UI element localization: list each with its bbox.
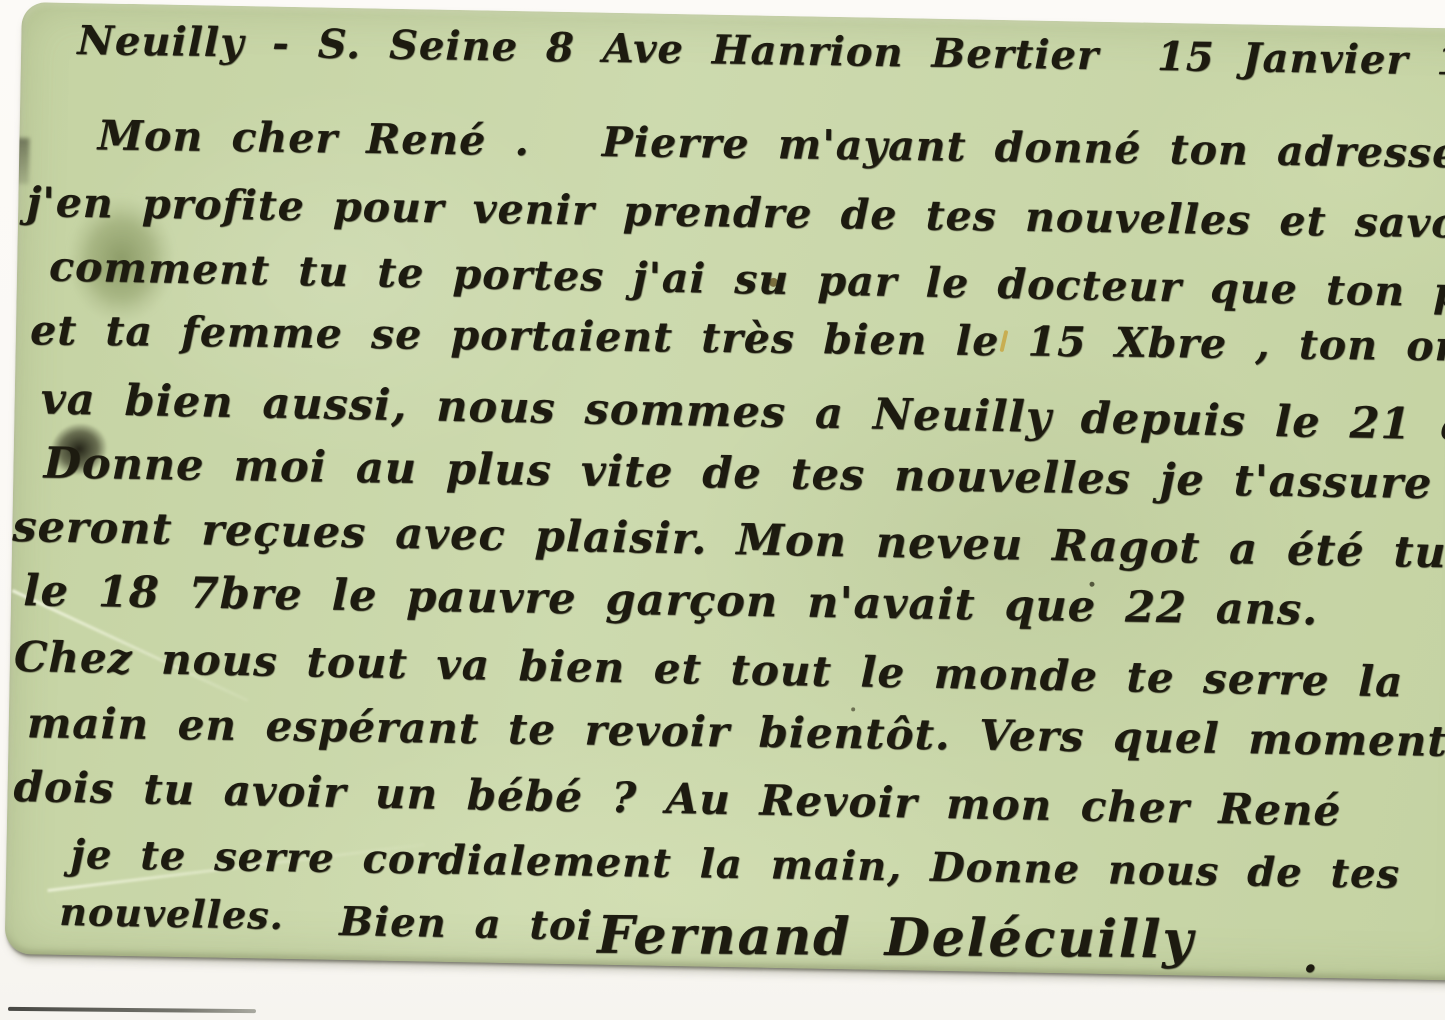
handwritten-line: seront reçues avec plaisir. Mon neveu Ra… <box>12 502 1445 579</box>
handwritten-line: Chez nous tout va bien et tout le monde … <box>14 632 1404 706</box>
handwritten-line: nouvelles. <box>59 889 284 938</box>
closing-phrase: Bien a toi <box>339 898 593 950</box>
scanned-postcard-image: Neuilly - S. Seine 8 Ave Hanrion Bertier… <box>0 0 1445 1020</box>
header-line: Neuilly - S. Seine 8 Ave Hanrion Bertier… <box>77 17 1445 86</box>
scan-edge-artifact <box>8 1007 256 1013</box>
signature-period: . <box>1302 932 1319 981</box>
handwritten-line: dois tu avoir un bébé ? Au Revoir mon ch… <box>13 762 1341 835</box>
handwritten-line: je te serre cordialement la main, Donne … <box>70 831 1400 898</box>
sender-address: Neuilly - S. Seine 8 Ave Hanrion Bertier <box>77 17 1099 79</box>
handwritten-line: j'en profite pour venir prendre de tes n… <box>26 178 1445 248</box>
salutation: Mon cher René . <box>97 111 530 165</box>
opening-sentence: Pierre m'ayant donné ton adresse <box>601 118 1445 177</box>
postcard: Neuilly - S. Seine 8 Ave Hanrion Bertier… <box>5 2 1445 981</box>
signature: Fernand Delécuilly <box>597 905 1195 971</box>
handwritten-line: comment tu te portes j'ai su par le doct… <box>49 243 1445 318</box>
salutation-line: Mon cher René . Pierre m'ayant donné ton… <box>97 111 1445 177</box>
handwritten-line: le 18 7bre le pauvre garçon n'avait que … <box>23 566 1319 635</box>
letter-date: 15 Janvier 1915 <box>1157 33 1445 86</box>
handwritten-line: et ta femme se portaient très bien le 15… <box>30 306 1445 373</box>
handwritten-line: Donne moi au plus vite de tes nouvelles … <box>43 438 1445 512</box>
handwritten-line: main en espérant te revoir bientôt. Vers… <box>27 698 1445 766</box>
